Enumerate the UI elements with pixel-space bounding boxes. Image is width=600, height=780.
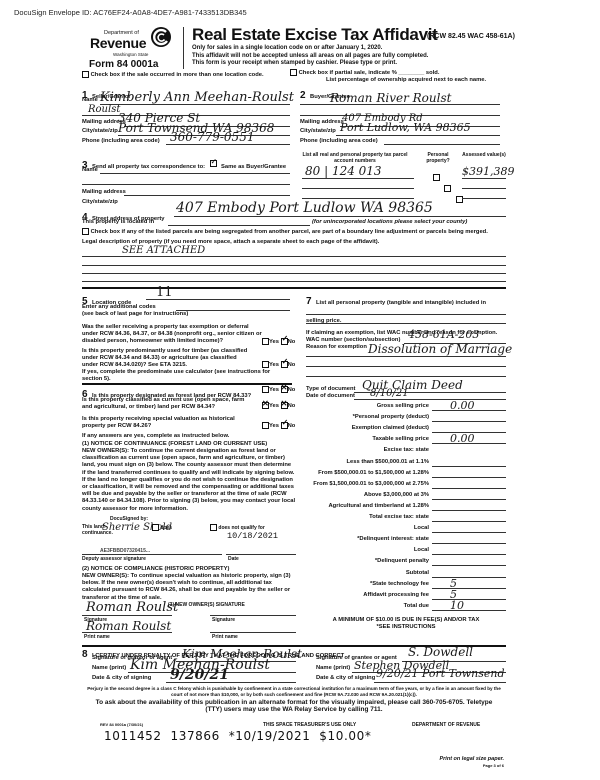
tax-row-label: *Delinquent penalty [300, 558, 429, 565]
tax-row-label: Gross selling price [300, 403, 429, 410]
logo-revenue: Revenue [90, 35, 146, 51]
form-title: Real Estate Excise Tax Affidavit [192, 25, 438, 45]
tax-row-label: *State technology fee [300, 581, 429, 588]
yes-label: Yes [269, 362, 279, 368]
buyer-mailing-label: Mailing address [300, 119, 344, 126]
historic-no-checkbox[interactable] [281, 422, 288, 429]
owner-print-label: Print name [84, 634, 110, 640]
tax-row-line [432, 477, 506, 478]
form-number: Form 84 0001a [89, 59, 159, 70]
page-number: Page 3 of 6 [400, 763, 504, 769]
located-in-note: (for unincorporated locations please sel… [312, 219, 467, 226]
document-date-label: Date of document [306, 393, 355, 400]
assessed-value-field[interactable]: $391,389 [462, 165, 515, 178]
tax-row-label: Less than $500,000.01 at 1.1% [300, 459, 429, 466]
no-label: No [288, 387, 296, 393]
seller-phone-field[interactable]: 360-779-0551 [170, 130, 254, 144]
tax-row-value[interactable]: 0.00 [450, 399, 475, 412]
buyer-city-field[interactable]: Port Ludlow, WA 98365 [340, 121, 471, 134]
section-number: 2 [300, 90, 306, 101]
tax-row-label: Affidavit processing fee [300, 592, 429, 599]
section3-header: 3 Send all property tax correspondence t… [82, 155, 286, 173]
section-number: 8 [82, 649, 88, 660]
print-legal-note: Print on legal size paper. [400, 756, 504, 762]
revision-code: REV 84 0001a (7/30/21) [100, 722, 143, 728]
correspondence-name-label: Name [82, 167, 98, 174]
does-qualify-checkbox[interactable] [152, 524, 159, 531]
document-date-field[interactable]: 8/10/21 [370, 388, 409, 399]
personal-property-header: Personal property? [418, 152, 458, 164]
tax-row-label: From $500,000.01 to $1,500,000 at 1.28% [300, 470, 429, 477]
notice-continuance-body: NEW OWNER(S): To continue the current de… [82, 448, 296, 513]
timber-question: Is this property predominantly used for … [82, 348, 252, 369]
does-not-qualify-label: does not qualify for [218, 525, 264, 531]
notice-compliance-body: NEW OWNER(S): To continue special valuat… [82, 573, 296, 602]
minimum-due-notice: A MINIMUM OF $10.00 IS DUE IN FEE(S) AND… [306, 617, 506, 624]
timber-yes-checkbox[interactable] [262, 361, 269, 368]
parcels-header: List all real and personal property tax … [300, 152, 410, 164]
new-owner-signature-label: (3) NEW OWNER(S) SIGNATURE [168, 602, 245, 608]
treasurer-use-label: THIS SPACE TREASURER'S USE ONLY [263, 722, 356, 728]
tax-row-line [432, 488, 506, 489]
tax-row-label: Total excise tax: state [300, 514, 429, 521]
tax-row-line [432, 610, 506, 611]
tax-row-line [432, 421, 506, 422]
form-title-reference: (RCW 82.45 WAC 458-61A) [427, 33, 515, 40]
forest-no-checkbox[interactable] [281, 386, 288, 393]
multi-location-checkbox[interactable] [82, 71, 89, 78]
section-label: Send all property tax correspondence to: [92, 164, 205, 170]
yes-label: Yes [269, 403, 279, 409]
current-use-no-checkbox[interactable] [281, 402, 288, 409]
owner-signature[interactable]: Roman Roulst [86, 600, 178, 615]
notice-continuance-title: (1) NOTICE OF CONTINUANCE (FOREST LAND O… [82, 441, 267, 448]
partial-sale-label: Check box if partial sale, indicate % __… [299, 70, 440, 76]
section-number: 7 [306, 296, 312, 307]
legal-description-field[interactable]: SEE ATTACHED [122, 245, 205, 256]
notice-compliance-title: (2) NOTICE OF COMPLIANCE (HISTORIC PROPE… [82, 566, 229, 573]
tax-row-line [432, 577, 506, 578]
if-yes-instruction: If any answers are yes, complete as inst… [82, 433, 229, 440]
tax-row-line [432, 466, 506, 467]
same-as-buyer-label: Same as Buyer/Grantee [221, 164, 286, 170]
accessibility-line: To ask about the availability of this pu… [82, 699, 506, 706]
does-qualify: does [152, 524, 172, 531]
partial-sale-sub: List percentage of ownership acquired ne… [326, 77, 486, 84]
buyer-city-label: City/state/zip [300, 128, 336, 135]
yes-label: Yes [269, 387, 279, 393]
historic-answer: Yes No [262, 422, 295, 430]
wac-number-field[interactable]: 458-61A-203 [408, 328, 479, 341]
exemption-no-checkbox[interactable] [281, 338, 288, 345]
intro-line: Only for sales in a single location code… [192, 45, 428, 53]
tax-row-line [432, 599, 506, 600]
forest-yes-checkbox[interactable] [262, 386, 269, 393]
owner2-signature-label: Signature [212, 617, 235, 623]
seller-name-field[interactable]: Kimberly Ann Meehan-Roulst [100, 90, 294, 105]
tax-row-line [432, 499, 506, 500]
treasurer-stamp: 1011452 137866 *10/19/2021 $10.00* [104, 729, 372, 743]
grantor-date-field[interactable]: 9/20/21 [170, 667, 229, 683]
located-in-label: This property is located in [82, 219, 154, 226]
revenue-logo-icon [150, 26, 172, 48]
partial-sale-checkbox[interactable] [290, 69, 297, 76]
current-use-answer: Yes No [262, 402, 295, 410]
tax-row-line [432, 543, 506, 544]
grantor-name-label: Name (print) [92, 665, 126, 672]
current-use-question: Is this property classified as current u… [82, 397, 252, 411]
document-type-label: Type of document [306, 386, 356, 393]
exemption-question: Was the seller receiving a property tax … [82, 324, 262, 345]
multi-location-label: Check box if the sale occurred in more t… [91, 72, 264, 78]
personal-property-label: List all personal property (tangible and… [306, 300, 486, 324]
personal-property-checkbox[interactable] [433, 174, 440, 181]
historic-yes-checkbox[interactable] [262, 422, 269, 429]
exemption-reason-field[interactable]: Dissolution of Marriage [368, 342, 512, 356]
tax-row-line [432, 588, 506, 589]
partial-sale-check[interactable]: Check box if partial sale, indicate % __… [290, 69, 439, 77]
exemption-yes-checkbox[interactable] [262, 338, 269, 345]
tax-row-line [432, 554, 506, 555]
timber-answer: Yes No [262, 361, 295, 369]
owner-print-name[interactable]: Roman Roulst [86, 619, 171, 633]
tax-row-label: *Personal property (deduct) [300, 414, 429, 421]
tax-row-line [432, 510, 506, 511]
multi-location-check[interactable]: Check box if the sale occurred in more t… [82, 71, 264, 79]
does-not-qualify-checkbox[interactable] [210, 524, 217, 531]
assessor-date-label: Date [228, 556, 239, 562]
no-label: No [288, 362, 296, 368]
grantor-date-label: Date & city of signing [92, 675, 151, 682]
grantee-signature[interactable]: S. Dowdell [408, 645, 473, 659]
tax-row-label: *Delinquent interest: state [300, 536, 429, 543]
tax-row-line [432, 521, 506, 522]
tax-row-label: Agricultural and timberland at 1.28% [300, 503, 429, 510]
tax-row-label: From $1,500,000.01 to $3,000,000 at 2.75… [300, 481, 429, 488]
tax-row-label: Subtotal [300, 570, 429, 577]
segregated-label: Check box if any of the listed parcels a… [91, 229, 488, 235]
tax-row-label: Local [300, 525, 429, 532]
header-divider [183, 27, 184, 69]
accessibility-notice: To ask about the availability of this pu… [82, 699, 506, 713]
correspondence-mailing-label: Mailing address [82, 189, 126, 196]
buyer-name-field[interactable]: Roman River Roulst [330, 91, 451, 105]
segregated-check[interactable]: Check box if any of the listed parcels a… [82, 228, 488, 236]
tax-row-label: Local [300, 547, 429, 554]
tax-row-value[interactable]: 0.00 [450, 432, 475, 445]
accessibility-line: (TTY) users may use the WA Relay Service… [82, 706, 506, 713]
seller-name-field-line2[interactable]: Roulst [88, 104, 120, 115]
tax-row-label: Total due [300, 603, 429, 610]
logo-washington-state: Washington State [113, 52, 148, 57]
seller-phone-label: Phone (including area code) [82, 138, 160, 145]
assessed-value-header: Assessed value(s) [462, 152, 506, 158]
seller-city-label: City/state/zip [82, 128, 118, 135]
exemption-reason-label: Reason for exemption [306, 344, 367, 351]
yes-label: Yes [269, 339, 279, 345]
timber-note: If yes, complete the predominate use cal… [82, 369, 292, 383]
forest-answer: Yes No [262, 386, 295, 394]
street-address-field[interactable]: 407 Embody Port Ludlow WA 98365 [176, 200, 433, 216]
buyer-phone-label: Phone (including area code) [300, 138, 378, 145]
deputy-assessor-label: Deputy assessor signature [82, 556, 146, 562]
exemption-answer: Yes No [262, 338, 295, 346]
tax-row-label: Above $3,000,000 at 3% [300, 492, 429, 499]
personal-property-checkbox[interactable] [444, 185, 451, 192]
no-label: No [288, 339, 296, 345]
assessor-date: 10/18/2021 [227, 531, 278, 541]
grantee-date-field[interactable]: 9/20/21 Port Townsend [376, 667, 505, 680]
parcel-number-field[interactable]: 80 | 124 013 [305, 164, 382, 178]
yes-label: Yes [269, 423, 279, 429]
segregated-checkbox[interactable] [82, 228, 89, 235]
current-use-yes-checkbox[interactable] [262, 402, 269, 409]
tax-row-label: Taxable selling price [300, 436, 429, 443]
intro-line: This affidavit will not be accepted unle… [192, 53, 428, 61]
additional-codes-note: (see back of last page for instructions) [82, 311, 188, 318]
same-as-buyer-checkbox[interactable] [210, 160, 217, 167]
intro-line: This form is your receipt when stamped b… [192, 60, 428, 68]
department-label: DEPARTMENT OF REVENUE [412, 722, 480, 728]
see-instructions: *SEE INSTRUCTIONS [306, 624, 506, 631]
additional-codes-label: Enter any additional codes [82, 304, 156, 311]
tax-row-label: Exemption claimed (deduct) [300, 425, 429, 432]
timber-no-checkbox[interactable] [281, 361, 288, 368]
grantee-name-label: Name (print) [316, 665, 350, 672]
grantee-date-label: Date & city of signing [316, 675, 375, 682]
perjury-notice: Perjury in the second degree is a class … [82, 686, 506, 697]
tax-row-line [432, 532, 506, 533]
owner2-print-label: Print name [212, 634, 238, 640]
tax-row-line [432, 565, 506, 566]
docusign-envelope-id: DocuSign Envelope ID: AC76EF24-A0A8-4DE7… [14, 8, 247, 17]
seller-name-label: Name [82, 97, 98, 104]
form-intro: Only for sales in a single location code… [192, 45, 428, 68]
no-label: No [288, 403, 296, 409]
correspondence-city-label: City/state/zip [82, 199, 118, 206]
does-label: does [160, 525, 172, 531]
does-not-qualify: does not qualify for [210, 524, 265, 531]
no-label: No [288, 423, 296, 429]
historic-question: Is this property receiving special valua… [82, 416, 252, 430]
section7-header: 7 List all personal property (tangible a… [306, 291, 506, 327]
location-code-field[interactable]: 11 [156, 285, 173, 300]
tax-row-value[interactable]: 10 [450, 599, 464, 612]
tax-row-label: Excise tax: state [300, 447, 429, 454]
